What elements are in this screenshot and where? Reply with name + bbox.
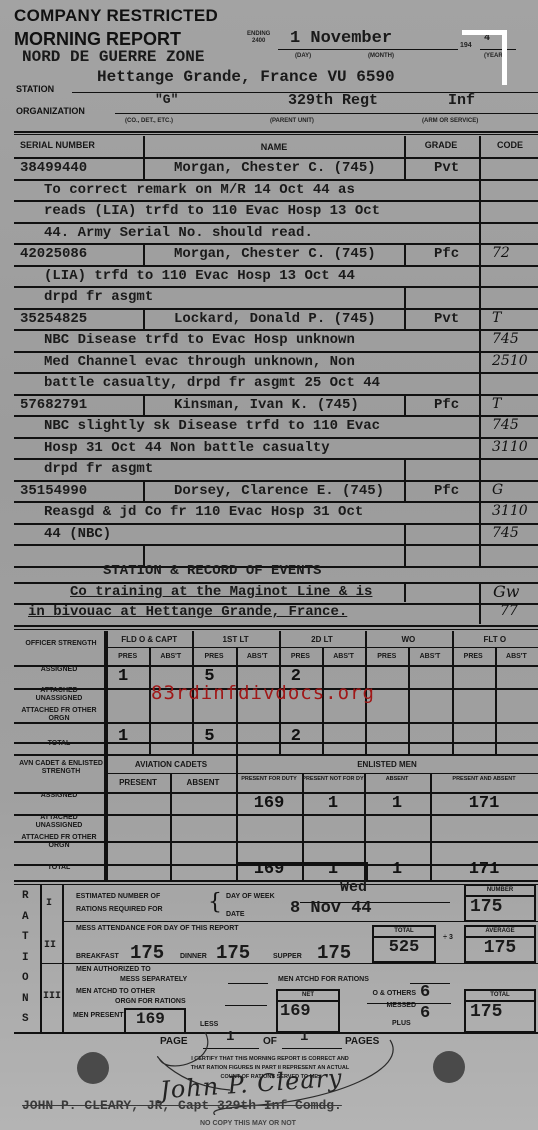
col-serial-number: SERIAL NUMBER [20,141,130,149]
enlisted-assigned-cell: 1 [364,794,430,813]
day-caption: (DAY) [295,53,311,59]
remark-text: drpd fr asgmt [44,461,153,477]
officer-subcol-header: ABS'T [322,653,365,661]
org-arm: Inf [448,92,475,109]
roster-remark-row: drpd fr asgmt [14,288,538,310]
remark-text: battle casualty, drpd fr asgmt 25 Oct 44 [44,375,380,391]
events-initials: Gw [493,582,519,601]
soldier-name: Morgan, Chester C. (745) [174,160,376,176]
officer-group-header: WO [365,636,451,644]
officer-total-cell: 2 [291,727,301,746]
orgn-for-rations-label: ORGN FOR RATIONS [115,998,186,1006]
men-atchd-for-rations-label: MEN ATCHD FOR RATIONS [278,976,369,984]
dinner-label: DINNER [180,953,207,961]
punch-hole-right [433,1051,465,1083]
officer-row-label: ASSIGNED [16,666,102,674]
events-line-2: in bivouac at Hettange Grande, France. [28,604,347,620]
roster-remark-row: Hosp 31 Oct 44 Non battle casualty 3110 [14,439,538,461]
grade: Pvt [434,311,459,327]
roster-remark-row: NBC slightly sk Disease trfd to 110 Evac… [14,417,538,439]
bottom-note: NO COPY THIS MAY OR NOT [200,1120,296,1128]
ending-label: ENDING2400 [247,31,270,45]
remark-text: reads (LIA) trfd to 110 Evac Hosp 13 Oct [44,203,380,219]
breakfast-value: 175 [130,942,164,964]
roster-entry-row: 35254825 Lockard, Donald P. (745) Pvt T [14,310,538,332]
rations-side-letter: I [22,952,29,964]
code-value: G [492,482,503,498]
serial-number: 57682791 [20,397,87,413]
serial-number: 42025086 [20,246,87,262]
form-title-morning-report: MORNING REPORT [14,29,181,50]
roster-entry-row: 42025086 Morgan, Chester C. (745) Pfc 72 [14,245,538,267]
enlisted-strength-title: AVN CADET & ENLISTED STRENGTH [18,760,104,776]
roster-remark-row: 44. Army Serial No. should read. [14,224,538,246]
roster-remark-row: 44 (NBC) 745 [14,525,538,547]
remark-text: NBC slightly sk Disease trfd to 110 Evac [44,418,380,434]
soldier-name: Lockard, Donald P. (745) [174,311,376,327]
day-of-week-value: Wed [340,879,367,896]
officer-strength-title: OFFICER STRENGTH [18,640,104,648]
form-title-company: COMPANY RESTRICTED [14,6,218,26]
roster-entry-row: 35154990 Dorsey, Clarence E. (745) Pfc G [14,482,538,504]
rations-estimate-label: ESTIMATED NUMBER OFRATIONS REQUIRED FOR [76,893,163,914]
roster-entry-row: 38499440 Morgan, Chester C. (745) Pvt [14,159,538,181]
rations-number-box: NUMBER 175 [464,884,536,922]
events-title: STATION & RECORD OF EVENTS [103,563,321,579]
month-caption: (MONTH) [368,53,394,59]
enlisted-row-label: ATTACHED FR OTHER ORGN [16,834,102,850]
mess-separately-label: MESS SEPARATELY [120,976,187,984]
events-initials-2: 77 [500,603,518,619]
signer-name: JOHN P. CLEARY, JR, Capt 329th Inf Comdg… [22,1098,342,1113]
col-grade: GRADE [406,141,476,149]
events-line-1: Co training at the Maginot Line & is [70,584,372,600]
roster-remark-row: To correct remark on M/R 14 Oct 44 as [14,181,538,203]
zone-stamp: NORD DE GUERRE ZONE [22,48,204,66]
officer-subcol-header: ABS'T [408,653,451,661]
officer-subcol-header: PRES [279,653,322,661]
soldier-name: Dorsey, Clarence E. (745) [174,483,384,499]
soldier-name: Morgan, Chester C. (745) [174,246,376,262]
code-value: 3110 [492,503,528,519]
enlisted-row-label: TOTAL [16,864,102,872]
grade: Pfc [434,483,459,499]
grade: Pvt [434,160,459,176]
remark-text: Med Channel evac through unknown, Non [44,354,355,370]
enlisted-col-header: PRESENT NOT FOR DY [302,776,364,783]
rations-section-1-numeral: I [46,898,52,909]
roster-remark-row: (LIA) trfd to 110 Evac Hosp 13 Oct 44 [14,267,538,289]
roster-remark-row: reads (LIA) trfd to 110 Evac Hosp 13 Oct [14,202,538,224]
rations-section-3-numeral: III [43,991,61,1002]
serial-number: 35254825 [20,311,87,327]
roster-entry-row: 57682791 Kinsman, Ivan K. (745) Pfc T [14,396,538,418]
org-company-caption: (CO., DET., ETC.) [125,118,173,124]
remark-text: 44. Army Serial No. should read. [44,225,313,241]
date-label: DATE [226,911,245,919]
serial-number: 35154990 [20,483,87,499]
col-code: CODE [482,141,538,149]
enlisted-col-header: PRESENT FOR DUTY [236,776,302,783]
enlisted-total-cell: 171 [430,860,538,879]
roster-remark-row: battle casualty, drpd fr asgmt 25 Oct 44 [14,374,538,396]
plus-value: 6 [420,1004,430,1023]
officer-subcol-header: PRES [106,653,149,661]
rations-date-value: 8 Nov 44 [290,899,372,918]
officer-subcol-header: ABS'T [149,653,192,661]
roster-remark-row: Reasgd & jd Co fr 110 Evac Hosp 31 Oct 3… [14,503,538,525]
less-label: LESS [200,1021,218,1029]
col-name: NAME [145,143,403,151]
officer-row-label: ATTACHED FR OTHER ORGN [16,707,102,723]
scan-corner-mark [462,30,507,85]
supper-value: 175 [317,942,351,964]
code-value: 72 [492,245,510,261]
supper-label: SUPPER [273,953,302,961]
code-value: 2510 [492,353,528,369]
net-box: NET 169 [276,989,340,1033]
roster-remark-row: Med Channel evac through unknown, Non 25… [14,353,538,375]
officer-total-cell: 1 [118,727,128,746]
rations-side-letter: O [22,972,29,984]
remark-text: To correct remark on M/R 14 Oct 44 as [44,182,355,198]
day-of-week-label: DAY OF WEEK [226,893,275,901]
enlisted-assigned-cell: 171 [430,794,538,813]
officer-subcol-header: PRES [365,653,408,661]
officer-assigned-cell: 1 [118,667,128,686]
grade: Pfc [434,246,459,262]
grade: Pfc [434,397,459,413]
enlisted-total-cell: 1 [364,860,430,879]
soldier-name: Kinsman, Ivan K. (745) [174,397,359,413]
officer-group-header: 1ST LT [192,636,278,644]
rations-total-box: TOTAL 175 [464,989,536,1033]
roster-remark-row: drpd fr asgmt [14,460,538,482]
remark-text: drpd fr asgmt [44,289,153,305]
men-present-label: MEN PRESENT [73,1012,124,1020]
org-unit-caption: (PARENT UNIT) [270,118,314,124]
remark-text: NBC Disease trfd to Evac Hosp unknown [44,332,355,348]
remark-text: Reasgd & jd Co fr 110 Evac Hosp 31 Oct [44,504,363,520]
officer-total-cell: 5 [204,727,214,746]
rations-side-letter: S [22,1013,29,1025]
report-date: 1 November [290,29,392,48]
enlisted-assigned-cell: 169 [236,794,302,813]
rations-side-letter: N [22,993,29,1005]
officer-group-header: FLD O & CAPT [106,636,192,644]
others-messed-value: 6 [420,983,430,1002]
men-atchd-other-label: MEN ATCHD TO OTHER [76,988,155,996]
code-value: 745 [492,417,519,433]
enlisted-row-label: ATTACHED UNASSIGNED [16,814,102,830]
remark-text: Hosp 31 Oct 44 Non battle casualty [44,440,330,456]
breakfast-label: BREAKFAST [76,953,119,961]
enlisted-col-header: ABSENT [170,779,236,787]
divide-by-three: ÷ 3 [443,934,453,942]
officer-subcol-header: PRES [452,653,495,661]
org-company: "G" [155,92,178,107]
enlisted-row-label: ASSIGNED [16,792,102,800]
men-authorized-label: MEN AUTHORIZED TO [76,966,151,974]
station-value: Hettange Grande, France VU 6590 [97,68,395,86]
enlisted-men-header: ENLISTED MEN [236,761,538,769]
enlisted-assigned-cell: 1 [302,794,364,813]
officer-row-label: ATTACHED UNASSIGNED [16,687,102,703]
aviation-cadets-header: AVIATION CADETS [106,761,236,769]
code-value: 745 [492,331,519,347]
enlisted-col-header: PRESENT AND ABSENT [430,776,538,783]
rations-side-letter: A [22,911,29,923]
code-value: 3110 [492,439,528,455]
punch-hole-left [77,1052,109,1084]
org-unit: 329th Regt [288,92,378,109]
serial-number: 38499440 [20,160,87,176]
average-box: AVERAGE 175 [464,925,536,963]
enlisted-col-header: PRESENT [106,779,170,787]
code-value: T [492,310,501,326]
remark-text: (LIA) trfd to 110 Evac Hosp 13 Oct 44 [44,268,355,284]
brace: { [208,890,222,915]
rations-side-letter: R [22,890,29,902]
code-value: T [492,396,501,412]
officers-others-messed-label: O & OTHERSMESSED [348,990,416,1010]
officer-subcol-header: PRES [192,653,235,661]
watermark-text: 83rdinfdivdocs.org [151,682,375,704]
mess-total-box: TOTAL 525 [372,925,436,963]
mess-attendance-label: MESS ATTENDANCE FOR DAY OF THIS REPORT [76,925,239,933]
rations-section-2-numeral: II [44,940,56,951]
dinner-value: 175 [216,942,250,964]
roster-remark-row: NBC Disease trfd to Evac Hosp unknown 74… [14,331,538,353]
officer-row-label: TOTAL [16,740,102,748]
code-value: 745 [492,525,519,541]
remark-text: 44 (NBC) [44,526,111,542]
morning-report-page: COMPANY RESTRICTED MORNING REPORT NORD D… [0,0,538,1130]
station-label: STATION [16,84,54,94]
enlisted-col-header: ABSENT [364,776,430,783]
organization-label: ORGANIZATION [16,106,85,116]
officer-group-header: 2D LT [279,636,365,644]
officer-group-header: FLT O [452,636,538,644]
officer-subcol-header: ABS'T [495,653,538,661]
plus-label: PLUS [392,1020,411,1028]
org-arm-caption: (ARM OR SERVICE) [422,118,478,124]
rations-side-letter: T [22,931,29,943]
officer-subcol-header: ABS'T [236,653,279,661]
